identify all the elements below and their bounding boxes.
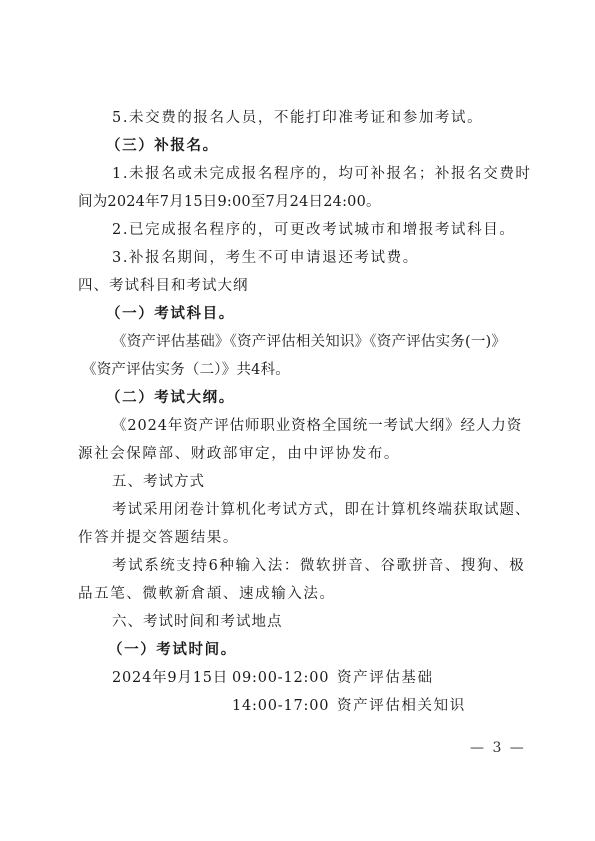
paragraph-unpaid-notice: 5.未交费的报名人员，不能打印准考证和参加考试。	[112, 108, 562, 128]
section-heading-subjects-syllabus: 四、考试科目和考试大纲	[78, 276, 528, 296]
paragraph-input-methods-cont: 品五笔、微軟新倉頡、速成输入法。	[78, 584, 528, 604]
subheading-exam-subjects: （一）考试科目。	[106, 304, 556, 324]
section-heading-supplementary-registration: （三）补报名。	[106, 136, 556, 156]
paragraph-supplementary-2: 2.已完成报名程序的，可更改考试城市和增报考试科目。	[112, 220, 562, 240]
paragraph-syllabus: 《2024年资产评估师职业资格全国统一考试大纲》经人力资	[112, 416, 562, 436]
paragraph-exam-method-cont: 作答并提交答题结果。	[78, 528, 528, 548]
paragraph-subjects-list-cont: 《资产评估实务（二）》共4科。	[82, 360, 532, 380]
schedule-subject: 资产评估相关知识	[337, 696, 466, 716]
schedule-time: 14:00-17:00	[232, 696, 329, 716]
schedule-time: 09:00-12:00	[232, 668, 329, 688]
paragraph-supplementary-1: 1.未报名或未完成报名程序的，均可补报名；补报名交费时	[112, 164, 562, 184]
subheading-exam-time: （一）考试时间。	[108, 640, 558, 660]
schedule-date: 2024年9月15日	[112, 668, 228, 688]
section-heading-exam-method: 五、考试方式	[112, 472, 562, 492]
subheading-exam-syllabus: （二）考试大纲。	[106, 388, 556, 408]
paragraph-exam-method: 考试采用闭卷计算机化考试方式，即在计算机终端获取试题、	[112, 500, 562, 520]
paragraph-input-methods: 考试系统支持6种输入法：微软拼音、谷歌拼音、搜狗、极	[112, 556, 562, 576]
paragraph-syllabus-cont: 源社会保障部、财政部审定，由中评协发布。	[78, 444, 528, 464]
paragraph-subjects-list: 《资产评估基础》《资产评估相关知识》《资产评估实务(一)》	[112, 332, 562, 352]
paragraph-supplementary-1-cont: 间为2024年7月15日9:00至7月24日24:00。	[78, 192, 528, 212]
schedule-subject: 资产评估基础	[337, 668, 434, 688]
paragraph-supplementary-3: 3.补报名期间，考生不可申请退还考试费。	[112, 248, 562, 268]
page-number: — 3 —	[470, 740, 526, 756]
section-heading-exam-time-location: 六、考试时间和考试地点	[112, 612, 562, 632]
